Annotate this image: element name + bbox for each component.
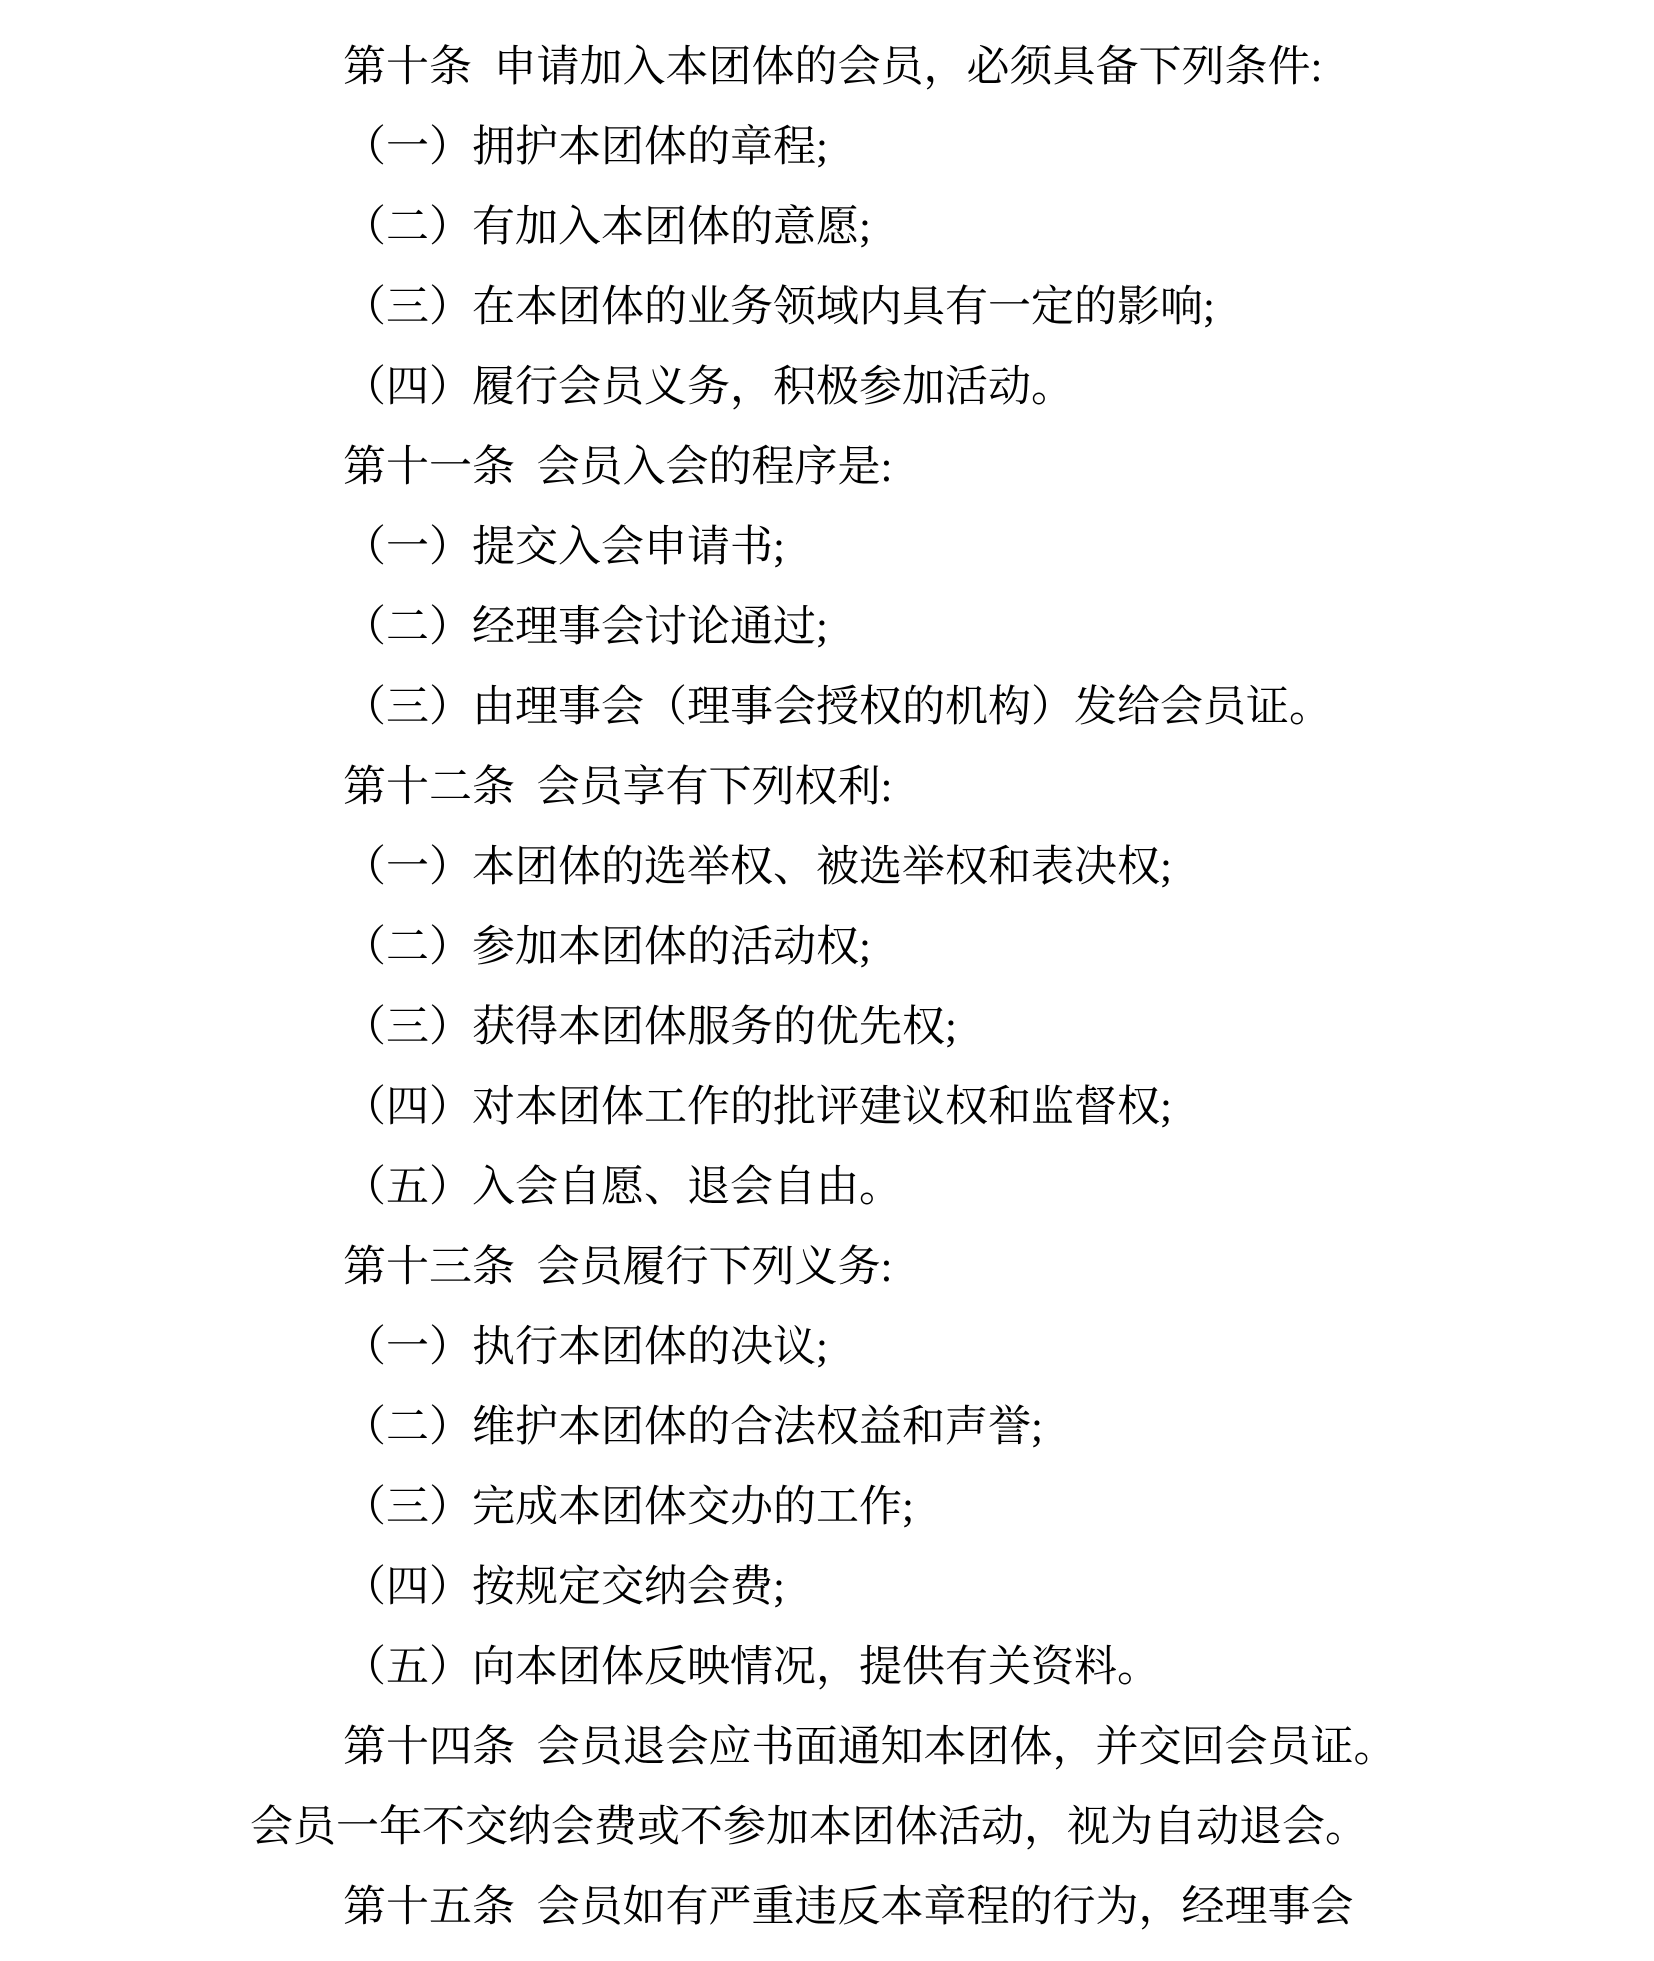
text-line: 第十条 申请加入本团体的会员，必须具备下列条件:: [250, 28, 1564, 108]
text-line: （二）经理事会讨论通过;: [250, 588, 1564, 668]
text-line: （一）拥护本团体的章程;: [250, 108, 1564, 188]
text-line: 第十五条 会员如有严重违反本章程的行为，经理事会: [250, 1868, 1564, 1948]
text-line: （二）参加本团体的活动权;: [250, 908, 1564, 988]
text-line: （三）获得本团体服务的优先权;: [250, 988, 1564, 1068]
text-line: （二）维护本团体的合法权益和声誉;: [250, 1388, 1564, 1468]
document-text-block: 第十条 申请加入本团体的会员，必须具备下列条件:（一）拥护本团体的章程;（二）有…: [250, 28, 1564, 1948]
text-line: （三）由理事会（理事会授权的机构）发给会员证。: [250, 668, 1564, 748]
text-line: 第十三条 会员履行下列义务:: [250, 1228, 1564, 1308]
text-line: （一）执行本团体的决议;: [250, 1308, 1564, 1388]
text-line: 第十二条 会员享有下列权利:: [250, 748, 1564, 828]
text-line: （五）入会自愿、退会自由。: [250, 1148, 1564, 1228]
text-line: （四）按规定交纳会费;: [250, 1548, 1564, 1628]
text-line: 会员一年不交纳会费或不参加本团体活动，视为自动退会。: [250, 1788, 1564, 1868]
text-line: （三）完成本团体交办的工作;: [250, 1468, 1564, 1548]
text-line: （五）向本团体反映情况，提供有关资料。: [250, 1628, 1564, 1708]
text-line: 第十四条 会员退会应书面通知本团体，并交回会员证。: [250, 1708, 1564, 1788]
text-line: （二）有加入本团体的意愿;: [250, 188, 1564, 268]
text-line: （一）提交入会申请书;: [250, 508, 1564, 588]
text-line: （三）在本团体的业务领域内具有一定的影响;: [250, 268, 1564, 348]
text-line: 第十一条 会员入会的程序是:: [250, 428, 1564, 508]
document-page: 第十条 申请加入本团体的会员，必须具备下列条件:（一）拥护本团体的章程;（二）有…: [0, 0, 1654, 1961]
text-line: （四）对本团体工作的批评建议权和监督权;: [250, 1068, 1564, 1148]
text-line: （一）本团体的选举权、被选举权和表决权;: [250, 828, 1564, 908]
text-line: （四）履行会员义务，积极参加活动。: [250, 348, 1564, 428]
